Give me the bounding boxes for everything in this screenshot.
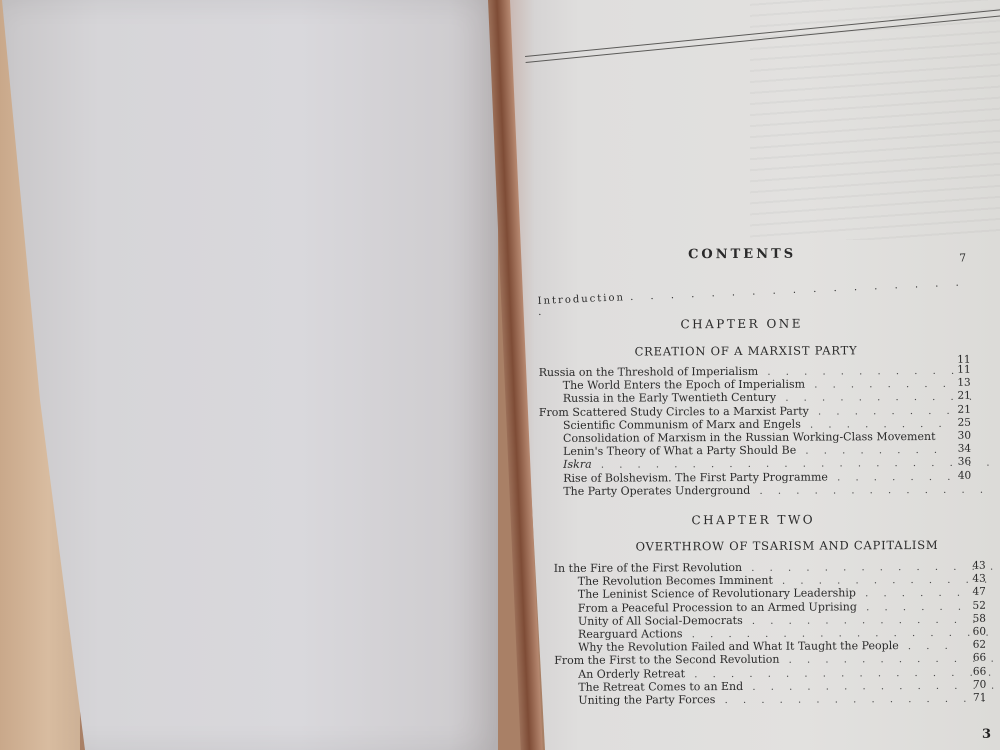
toc-page: 21 [957,403,970,416]
toc-label: In the Fire of the First Revolution [554,561,742,575]
leader-dots: . . . . . . . [828,471,957,483]
toc-row: Uniting the Party Forces . . . . . . . .… [554,692,974,707]
chapter-two-entries: In the Fire of the First Revolution . . … [554,560,975,707]
toc-page: 40 [958,469,971,482]
toc-label: Rearguard Actions [578,627,683,641]
toc-label: The Party Operates Underground [563,484,750,498]
toc-page: 58 [973,612,986,625]
toc-page: 43 [972,573,985,586]
leader-dots: . . . . . . . . [805,379,952,391]
toc-label: From Scattered Study Circles to a Marxis… [539,404,809,418]
toc-label: The Revolution Becomes Imminent [578,574,773,588]
toc-page: 66 [973,665,986,678]
toc-page: 30 [958,430,971,443]
toc-page: 36 [958,456,971,469]
toc-label: Russia on the Threshold of Imperialism [539,365,759,379]
toc-label: The Leninist Science of Revolutionary Le… [578,587,856,601]
chapter-one-entries: 11 Russia on the Threshold of Imperialis… [539,354,960,498]
toc-label: From the First to the Second Revolution [554,653,779,667]
toc-label: Uniting the Party Forces [578,693,715,707]
toc-page: 11 [957,364,970,377]
toc-page: 34 [958,443,971,456]
toc-row: The Party Operates Underground . . . . .… [539,482,959,497]
leader-dots: . . . . . . . . [809,405,956,417]
introduction-label: Introduction [537,292,625,307]
toc-page: 43 [972,560,985,573]
toc-page: 21 [957,390,970,403]
chapter-two-title: OVERTHROW OF TSARISM AND CAPITALISM [636,538,939,554]
leader-dots: . . . . . . . . . . . [758,366,960,378]
toc-label: The Retreat Comes to an End [578,680,743,694]
toc-label: Unity of All Social-Democrats [578,614,743,628]
left-blank-page [0,0,498,750]
leader-dots: . . . . . . . . . . . . [773,575,993,587]
toc-page: 60 [973,626,986,639]
leader-dots: . . . [899,641,954,652]
toc-page: 47 [972,586,985,599]
toc-page: 70 [973,678,986,691]
toc-page: 71 [973,692,986,705]
toc-page: 66 [973,652,986,665]
leader-dots: . . . . . . . . . . . [776,392,978,404]
leader-dots: . . . . . . . . . . . . [779,654,999,666]
chapter-one-label: CHAPTER ONE [680,317,803,332]
leader-dots: . . . . . . [857,601,967,613]
toc-page: 13 [957,377,970,390]
leader-dots: . . . . . . . . . . . . . [750,484,989,496]
toc-label: Russia in the Early Twentieth Century [563,391,776,405]
leader-dots: . . . . . . [856,588,966,600]
toc-label: Iskra [563,458,592,471]
introduction-page: 7 [959,251,967,264]
chapter-two-label: CHAPTER TWO [691,513,815,528]
toc-page: 25 [958,416,971,429]
toc-label: Scientific Communism of Marx and Engels [563,417,801,431]
page-number: 3 [982,727,991,742]
toc-label: From a Peaceful Procession to an Armed U… [578,600,857,614]
leader-dots: . . . . . . . . [801,419,948,431]
toc-label: An Orderly Retreat [578,667,685,681]
toc-page: 52 [972,599,985,612]
toc-page: 62 [973,639,986,652]
leader-dots: . . . . . . . . [796,445,943,457]
contents-heading: CONTENTS [688,247,796,263]
leader-dots: . . . . . . . . . . . . . . . . . [715,693,1000,706]
toc-label: Rise of Bolshevism. The First Party Prog… [563,470,828,484]
toc-label: Lenin's Theory of What a Party Should Be [563,444,796,458]
